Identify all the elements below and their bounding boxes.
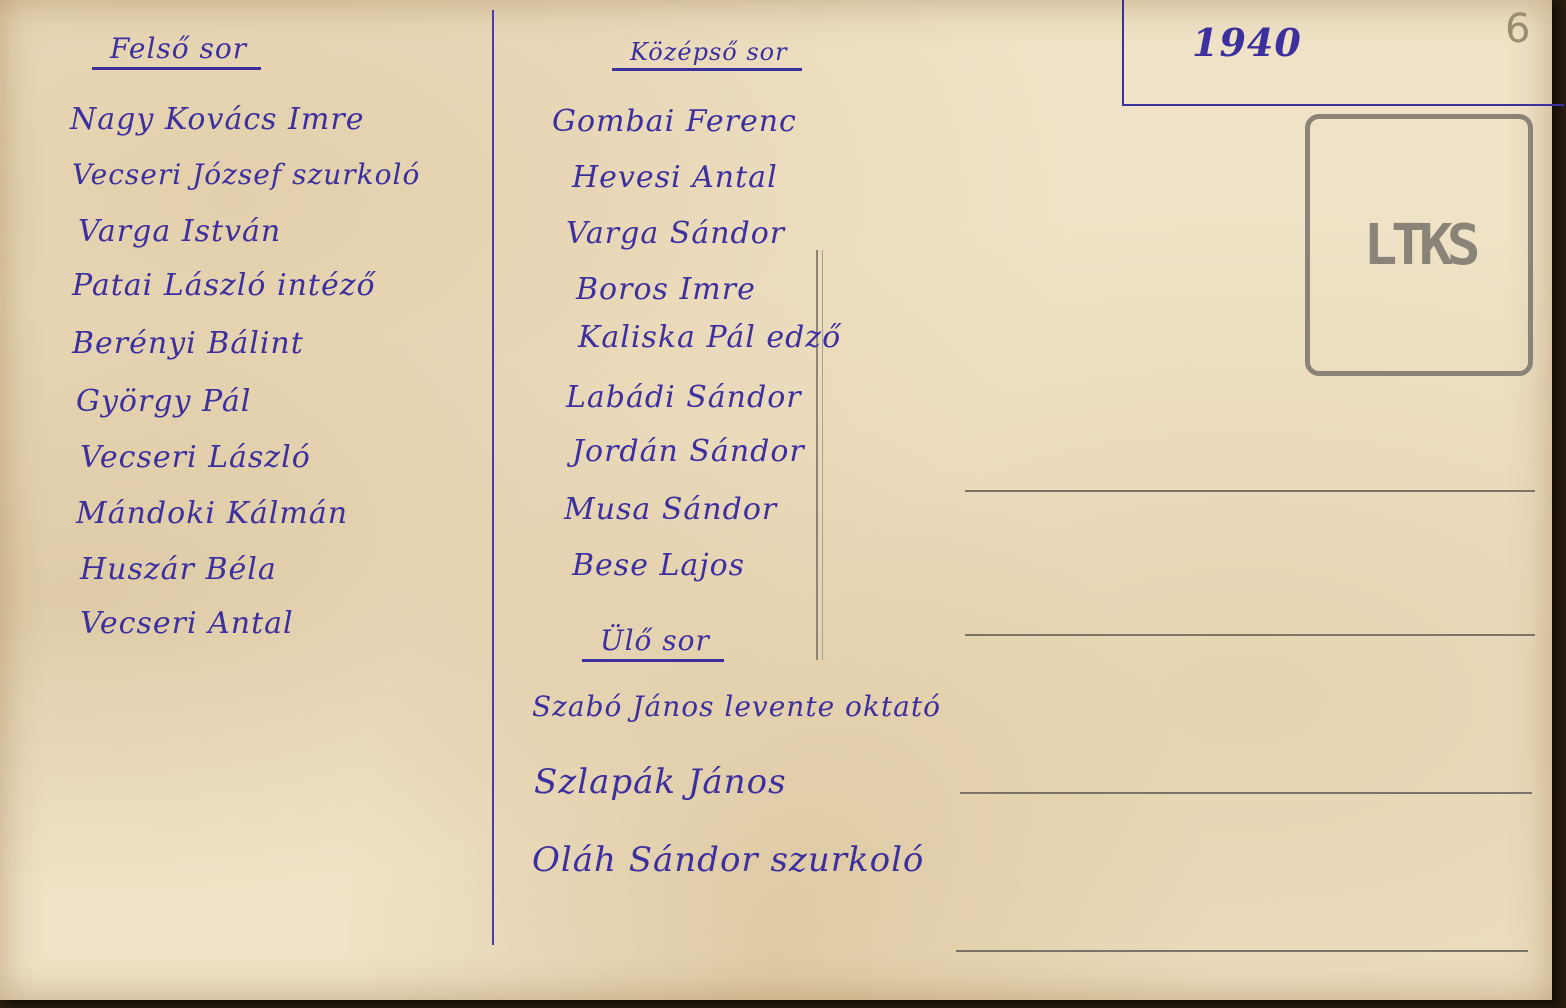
stamp-monogram-icon: LTKS xyxy=(1364,213,1475,278)
column-divider xyxy=(492,10,494,945)
list-item: Musa Sándor xyxy=(564,492,777,527)
list-item: Jordán Sándor xyxy=(572,434,805,469)
address-line xyxy=(965,634,1535,636)
stamp-box: LTKS xyxy=(1305,114,1533,376)
list-item: Huszár Béla xyxy=(80,552,277,587)
list-item: Varga István xyxy=(78,214,281,249)
address-line xyxy=(965,490,1535,492)
year-box xyxy=(1122,0,1564,106)
postcard-back: Felső sor Nagy Kovács Imre Vecseri Józse… xyxy=(0,0,1552,1000)
list-item: Berényi Bálint xyxy=(72,326,304,361)
list-item: György Pál xyxy=(76,384,251,419)
printed-center-rule-inner xyxy=(822,250,823,660)
heading-middle-row: Középső sor xyxy=(612,38,802,71)
list-item: Labádi Sándor xyxy=(566,380,802,415)
list-item: Mándoki Kálmán xyxy=(76,496,348,531)
list-item: Hevesi Antal xyxy=(572,160,778,195)
list-item: Kaliska Pál edző xyxy=(578,320,841,355)
list-item: Gombai Ferenc xyxy=(552,104,797,139)
list-item: Szlapák János xyxy=(534,762,787,802)
address-line xyxy=(956,950,1528,952)
list-item: Bese Lajos xyxy=(572,548,745,583)
list-item: Vecseri Antal xyxy=(80,606,294,641)
list-item: Patai László intéző xyxy=(72,268,376,303)
address-line xyxy=(960,792,1532,794)
year-label: 1940 xyxy=(1192,20,1302,65)
list-item: Boros Imre xyxy=(576,272,756,307)
list-item: Szabó János levente oktató xyxy=(532,690,941,723)
list-item: Varga Sándor xyxy=(566,216,785,251)
list-item: Vecseri József szurkoló xyxy=(72,158,420,191)
heading-top-row: Felső sor xyxy=(92,32,261,70)
printed-center-rule xyxy=(816,250,818,660)
list-item: Vecseri László xyxy=(80,440,311,475)
list-item: Nagy Kovács Imre xyxy=(70,102,364,137)
pencil-mark: 6 xyxy=(1505,6,1530,52)
heading-seated-row: Ülő sor xyxy=(582,624,724,662)
list-item: Oláh Sándor szurkoló xyxy=(532,840,924,880)
